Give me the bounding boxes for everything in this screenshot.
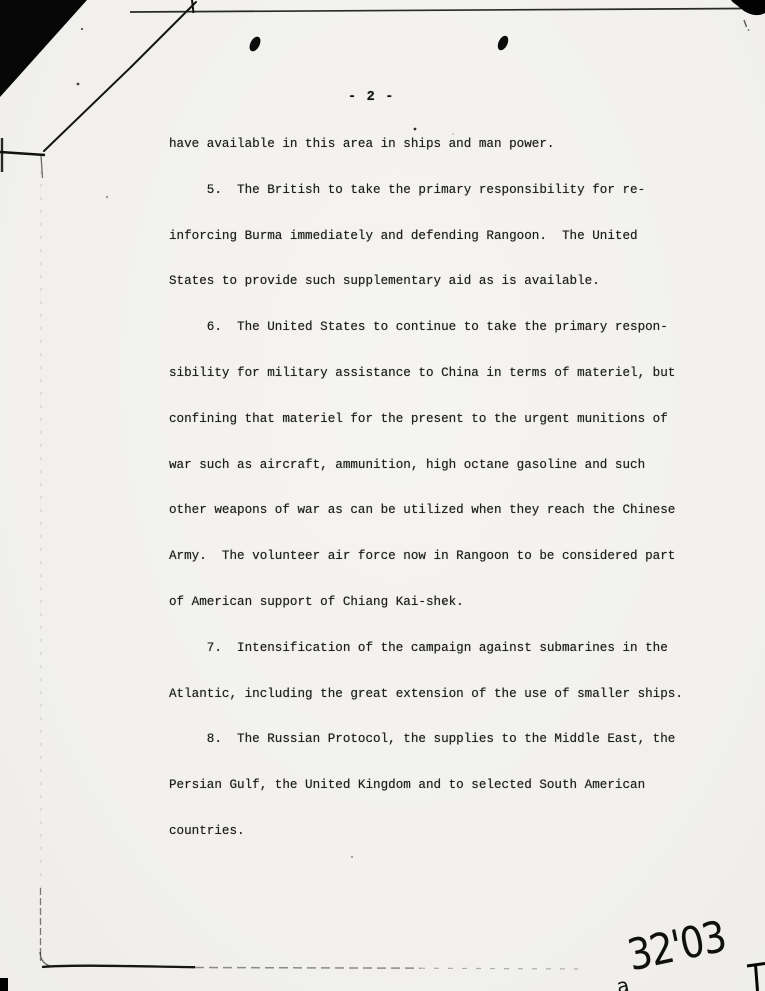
- handwritten-tick-mark: [747, 964, 765, 991]
- text-line: inforcing Burma immediately and defendin…: [169, 214, 683, 260]
- text-line: Atlantic, including the great extension …: [169, 672, 683, 718]
- text-line: Army. The volunteer air force now in Ran…: [169, 534, 683, 580]
- handwriting-code: 32'03: [624, 912, 730, 981]
- scan-corner-block: [0, 978, 8, 991]
- scan-corner-fold-shadow: [0, 0, 87, 97]
- bottom-line-curve: [40, 952, 52, 967]
- ink-speck: [351, 856, 353, 858]
- handwritten-annotation: a32'03: [606, 911, 736, 985]
- handwriting-prefix: a: [614, 973, 630, 991]
- fold-bottom-line: [0, 152, 45, 155]
- page-number: - 2 -: [348, 90, 395, 105]
- text-line: 8. The Russian Protocol, the supplies to…: [169, 717, 683, 763]
- scanned-page: - 2 - have available in this area in shi…: [0, 0, 765, 991]
- text-line: 7. Intensification of the campaign again…: [169, 626, 683, 672]
- text-line: 6. The United States to continue to take…: [169, 305, 683, 351]
- document-body: have available in this area in ships and…: [169, 122, 683, 855]
- scan-corner-blob: [731, 0, 765, 15]
- ink-speck: [77, 83, 80, 86]
- text-line: other weapons of war as can be utilized …: [169, 488, 683, 534]
- text-line: countries.: [169, 809, 683, 855]
- text-line: sibility for military assistance to Chin…: [169, 351, 683, 397]
- text-line: Persian Gulf, the United Kingdom and to …: [169, 763, 683, 809]
- text-line: 5. The British to take the primary respo…: [169, 168, 683, 214]
- scan-bottom-line-faint: [420, 968, 578, 969]
- ink-speck: [106, 196, 108, 198]
- punch-hole-mark-left: [247, 35, 262, 53]
- text-line: war such as aircraft, ammunition, high o…: [169, 443, 683, 489]
- scan-top-edge-line: [130, 9, 741, 13]
- punch-hole-mark-right: [496, 34, 511, 52]
- text-line: have available in this area in ships and…: [169, 122, 683, 168]
- text-line: confining that materiel for the present …: [169, 397, 683, 443]
- text-line: States to provide such supplementary aid…: [169, 259, 683, 305]
- text-line: of American support of Chiang Kai-shek.: [169, 580, 683, 626]
- scan-bottom-line-fade: [195, 968, 420, 969]
- scan-bottom-line-solid: [42, 966, 195, 967]
- ink-speck: [748, 29, 750, 31]
- ink-speck: [81, 28, 83, 30]
- stray-ink-mark: [744, 20, 747, 27]
- top-edge-tick: [192, 0, 194, 13]
- fold-tick: [41, 155, 43, 178]
